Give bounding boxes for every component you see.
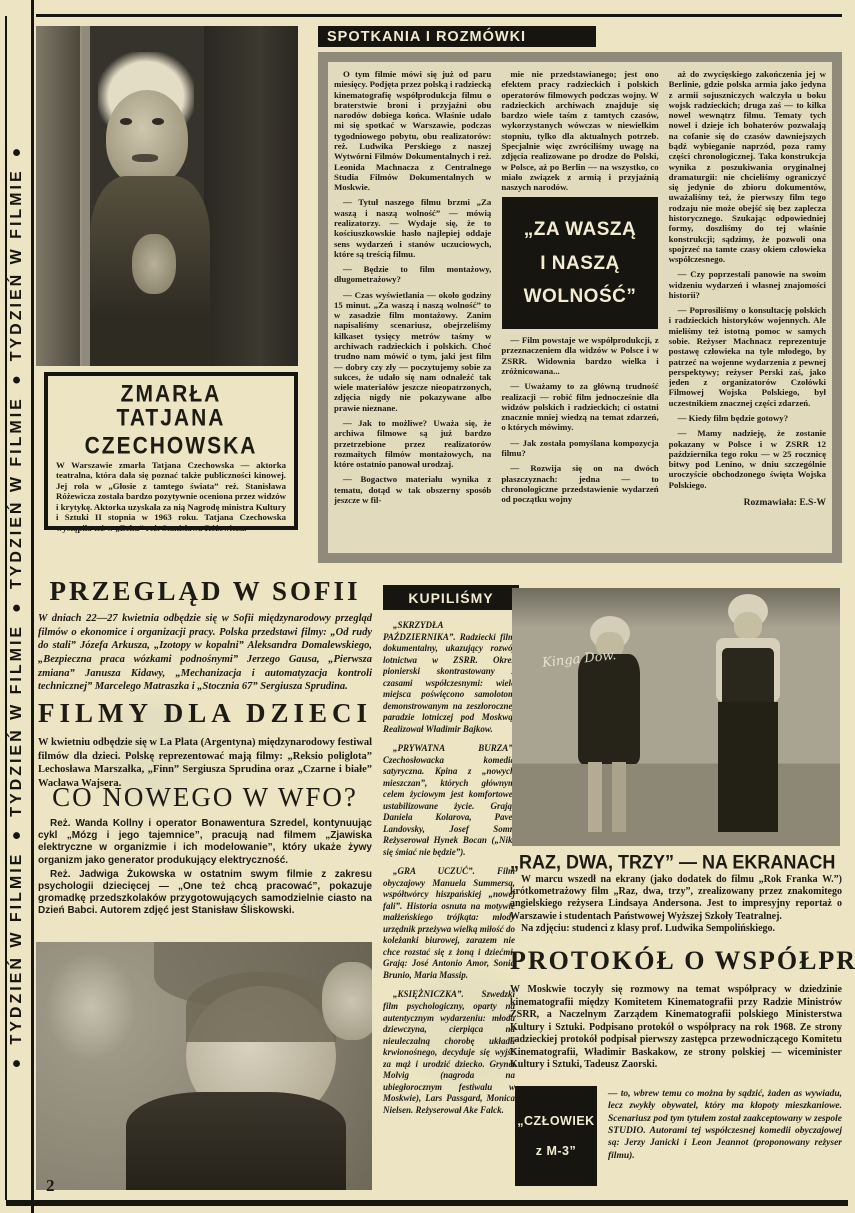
sofia-body: W dniach 22—27 kwietnia odbędzie się w S… (38, 612, 372, 694)
paragraph: W marcu wszedł na ekrany (jako dodatek d… (510, 874, 842, 923)
razdwatrzy-body: W marcu wszedł na ekrany (jako dodatek d… (510, 874, 842, 935)
section-header-spotkania: SPOTKANIA I ROZMÓWKI (318, 26, 596, 47)
magazine-page: ● TYDZIEŃ W FILMIE ● TYDZIEŃ W FILMIE ● … (0, 0, 855, 1213)
paragraph: — Czas wyświetlania — około godziny 15 m… (334, 290, 491, 413)
paragraph: mie nie przedstawianego; jest ono efekte… (501, 69, 658, 192)
obituary-box: ZMARŁA TATJANA CZECHOWSKA W Warszawie zm… (44, 372, 298, 530)
sidebar-vertical-title: ● TYDZIEŃ W FILMIE ● TYDZIEŃ W FILMIE ● … (2, 0, 32, 1213)
protokol-body: W Moskwie toczyły się rozmowy na temat w… (510, 984, 842, 1072)
paragraph: — Bogactwo materiału wynika z tematu, do… (334, 474, 491, 505)
paragraph: — Poprosiliśmy o konsultację polskich i … (669, 305, 826, 408)
hand (132, 234, 176, 294)
paragraph: „KSIĘŻNICZKA”. Szwedzki film psychologic… (383, 989, 515, 1116)
paragraph: — Rozwija się on na dwóch płaszczyznach:… (501, 463, 658, 504)
door-panel (204, 26, 298, 366)
paragraph: — Uważamy to za główną trudność realizac… (501, 381, 658, 432)
obituary-body: W Warszawie zmarła Tatjana Czechowska — … (56, 460, 286, 534)
face (106, 90, 188, 186)
woman-leg-left (588, 762, 602, 832)
interview-col3-text: aż do zwycięskiego zakończenia jej w Ber… (669, 69, 826, 490)
eye-right (152, 118, 164, 125)
paragraph: Reż. Wanda Kollny i operator Bonawentura… (38, 818, 372, 867)
protokol-title: PROTOKÓŁ O WSPÓŁPRACY (510, 946, 842, 976)
paragraph: Reż. Jadwiga Żukowska w ostatnim swym fi… (38, 869, 372, 918)
interview-column-1: O tym filmie mówi się już od paru miesię… (334, 69, 491, 546)
interview-box: O tym filmie mówi się już od paru miesię… (318, 52, 842, 563)
section-header-kupilismy: KUPILIŚMY (383, 585, 519, 610)
interview-col2-top: mie nie przedstawianego; jest ono efekte… (501, 69, 658, 192)
paragraph: „PRYWATNA BURZA”. Czechosłowacka komedia… (383, 743, 515, 858)
man-face (734, 612, 762, 640)
paragraph: — Jak to możliwe? Uważa się, że archiwa … (334, 418, 491, 469)
razdwatrzy-title: „RAZ, DWA, TRZY” — NA EKRANACH (510, 851, 842, 874)
obituary-photo (36, 26, 298, 366)
paragraph: — Tytuł naszego filmu brzmi „Za waszą i … (334, 197, 491, 259)
film-title-line1: „ZA WASZĄ (506, 213, 653, 246)
paragraph: „GRA UCZUĆ”. Film obyczajowy Manuela Sum… (383, 866, 515, 981)
top-rule (36, 14, 842, 17)
paragraph: — Jak została pomyślana kompozycja filmu… (501, 438, 658, 459)
paragraph: Na zdjęciu: studenci z klasy prof. Ludwi… (510, 923, 842, 935)
eye-left (120, 118, 132, 125)
page-number: 2 (46, 1176, 55, 1196)
interview-column-3: aż do zwycięskiego zakończenia jej w Ber… (669, 69, 826, 546)
interview-col2-bottom: — Film powstaje we współprodukcji, z prz… (501, 335, 658, 504)
man-trousers (718, 702, 778, 832)
czlowiek-box-line1: „CZŁOWIEK (517, 1114, 594, 1128)
woman-leg-right (612, 762, 626, 832)
door-edge (36, 26, 82, 366)
paragraph: — Film powstaje we współprodukcji, z prz… (501, 335, 658, 376)
interview-column-2: mie nie przedstawianego; jest ono efekte… (501, 69, 658, 546)
czlowiek-box-line2: z M-3” (536, 1144, 577, 1158)
child-sweater (126, 1092, 346, 1190)
paragraph: — Mamy nadzieję, że zostanie pokazany w … (669, 428, 826, 490)
child-hair (186, 972, 336, 1042)
students-photo: Kinga Dow. (512, 588, 840, 846)
man-vest (722, 648, 774, 708)
film-title-line3: WOLNOŚĆ” (506, 280, 653, 313)
kupilismy-column: „SKRZYDŁA PAŹDZIERNIKA”. Radziecki film … (383, 620, 515, 1186)
paragraph: — Kiedy film będzie gotowy? (669, 413, 826, 423)
interview-byline: Rozmawiała: E.S-W (669, 498, 826, 509)
film-title-line2: I NASZĄ (506, 247, 653, 280)
wfo-title: CO NOWEGO W WFO? (38, 782, 372, 813)
child-hand (322, 962, 372, 1040)
door-light-gap (80, 26, 90, 366)
paragraph: — Czy poprzestali panowie na swoim widze… (669, 269, 826, 300)
wfo-body: Reż. Wanda Kollny i operator Bonawentura… (38, 818, 372, 920)
czlowiek-title-box: „CZŁOWIEK z M-3” (515, 1086, 597, 1186)
paragraph: — Będzie to film montażowy, długometrażo… (334, 264, 491, 285)
children-title: FILMY DLA DZIECI (38, 698, 372, 729)
background-blur-1 (46, 952, 136, 1062)
photo-vignette (512, 588, 840, 628)
obituary-title-line2: TATJANA CZECHOWSKA (56, 405, 286, 459)
sofia-title: PRZEGLĄD W SOFII (38, 576, 372, 607)
paragraph: aż do zwycięskiego zakończenia jej w Ber… (669, 69, 826, 264)
child-photo (36, 942, 372, 1190)
mouth (132, 154, 158, 162)
woman-dress (578, 654, 640, 764)
paragraph: „SKRZYDŁA PAŹDZIERNIKA”. Radziecki film … (383, 620, 515, 735)
film-title-box: „ZA WASZĄ I NASZĄ WOLNOŚĆ” (502, 197, 657, 329)
bottom-rule (6, 1200, 848, 1206)
sidebar-rail: ● TYDZIEŃ W FILMIE ● TYDZIEŃ W FILMIE ● … (0, 0, 36, 1213)
czlowiek-body: — to, wbrew temu co można by sądzić, żad… (608, 1088, 842, 1162)
paragraph: O tym filmie mówi się już od paru miesię… (334, 69, 491, 192)
obituary-title-line1: ZMARŁA (56, 381, 286, 408)
